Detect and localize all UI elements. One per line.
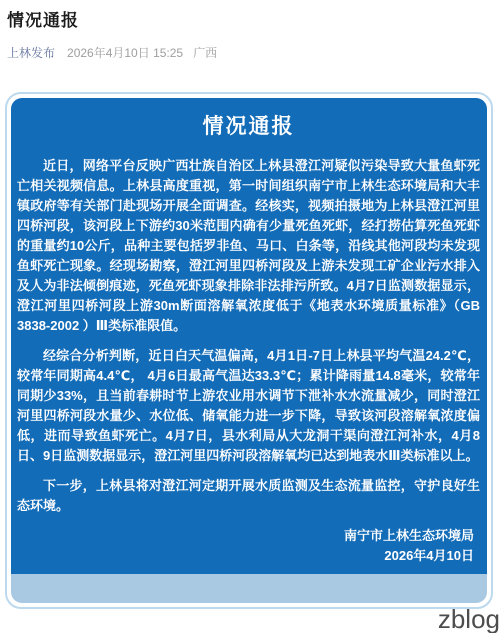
publish-location: 广西 <box>193 44 217 61</box>
source-account-link[interactable]: 上林发布 <box>7 44 55 61</box>
notice-footer-strip <box>11 574 487 603</box>
page-title: 情况通报 <box>7 6 492 31</box>
byline: 上林发布 2026年4月10日 15:25 广西 <box>7 44 492 61</box>
notice-image-card: 情况通报 近日，网络平台反映广西壮族自治区上林县澄江河疑似污染导致大量鱼虾死亡相… <box>5 92 493 609</box>
signature-agency: 南宁市上林生态环境局 <box>17 526 474 546</box>
notice-body: 情况通报 近日，网络平台反映广西壮族自治区上林县澄江河疑似污染导致大量鱼虾死亡相… <box>11 98 487 574</box>
article-header: 情况通报 上林发布 2026年4月10日 15:25 广西 <box>0 0 500 61</box>
notice-paragraph-3: 下一步，上林县将对澄江河定期开展水质监测及生态流量监控，守护良好生态环境。 <box>17 476 480 516</box>
notice-inner: 情况通报 近日，网络平台反映广西壮族自治区上林县澄江河疑似污染导致大量鱼虾死亡相… <box>11 98 487 603</box>
signature-date: 2026年4月10日 <box>17 546 474 566</box>
notice-signature: 南宁市上林生态环境局 2026年4月10日 <box>17 526 480 566</box>
publish-datetime: 2026年4月10日 15:25 <box>67 44 183 61</box>
zblog-watermark: zblog <box>438 606 500 632</box>
notice-paragraph-2: 经综合分析判断，近日白天气温偏高，4月1日-7日上林县平均气温24.2℃，较常年… <box>17 346 480 466</box>
notice-title: 情况通报 <box>17 114 480 140</box>
notice-paragraph-1: 近日，网络平台反映广西壮族自治区上林县澄江河疑似污染导致大量鱼虾死亡相关视频信息… <box>17 156 480 336</box>
